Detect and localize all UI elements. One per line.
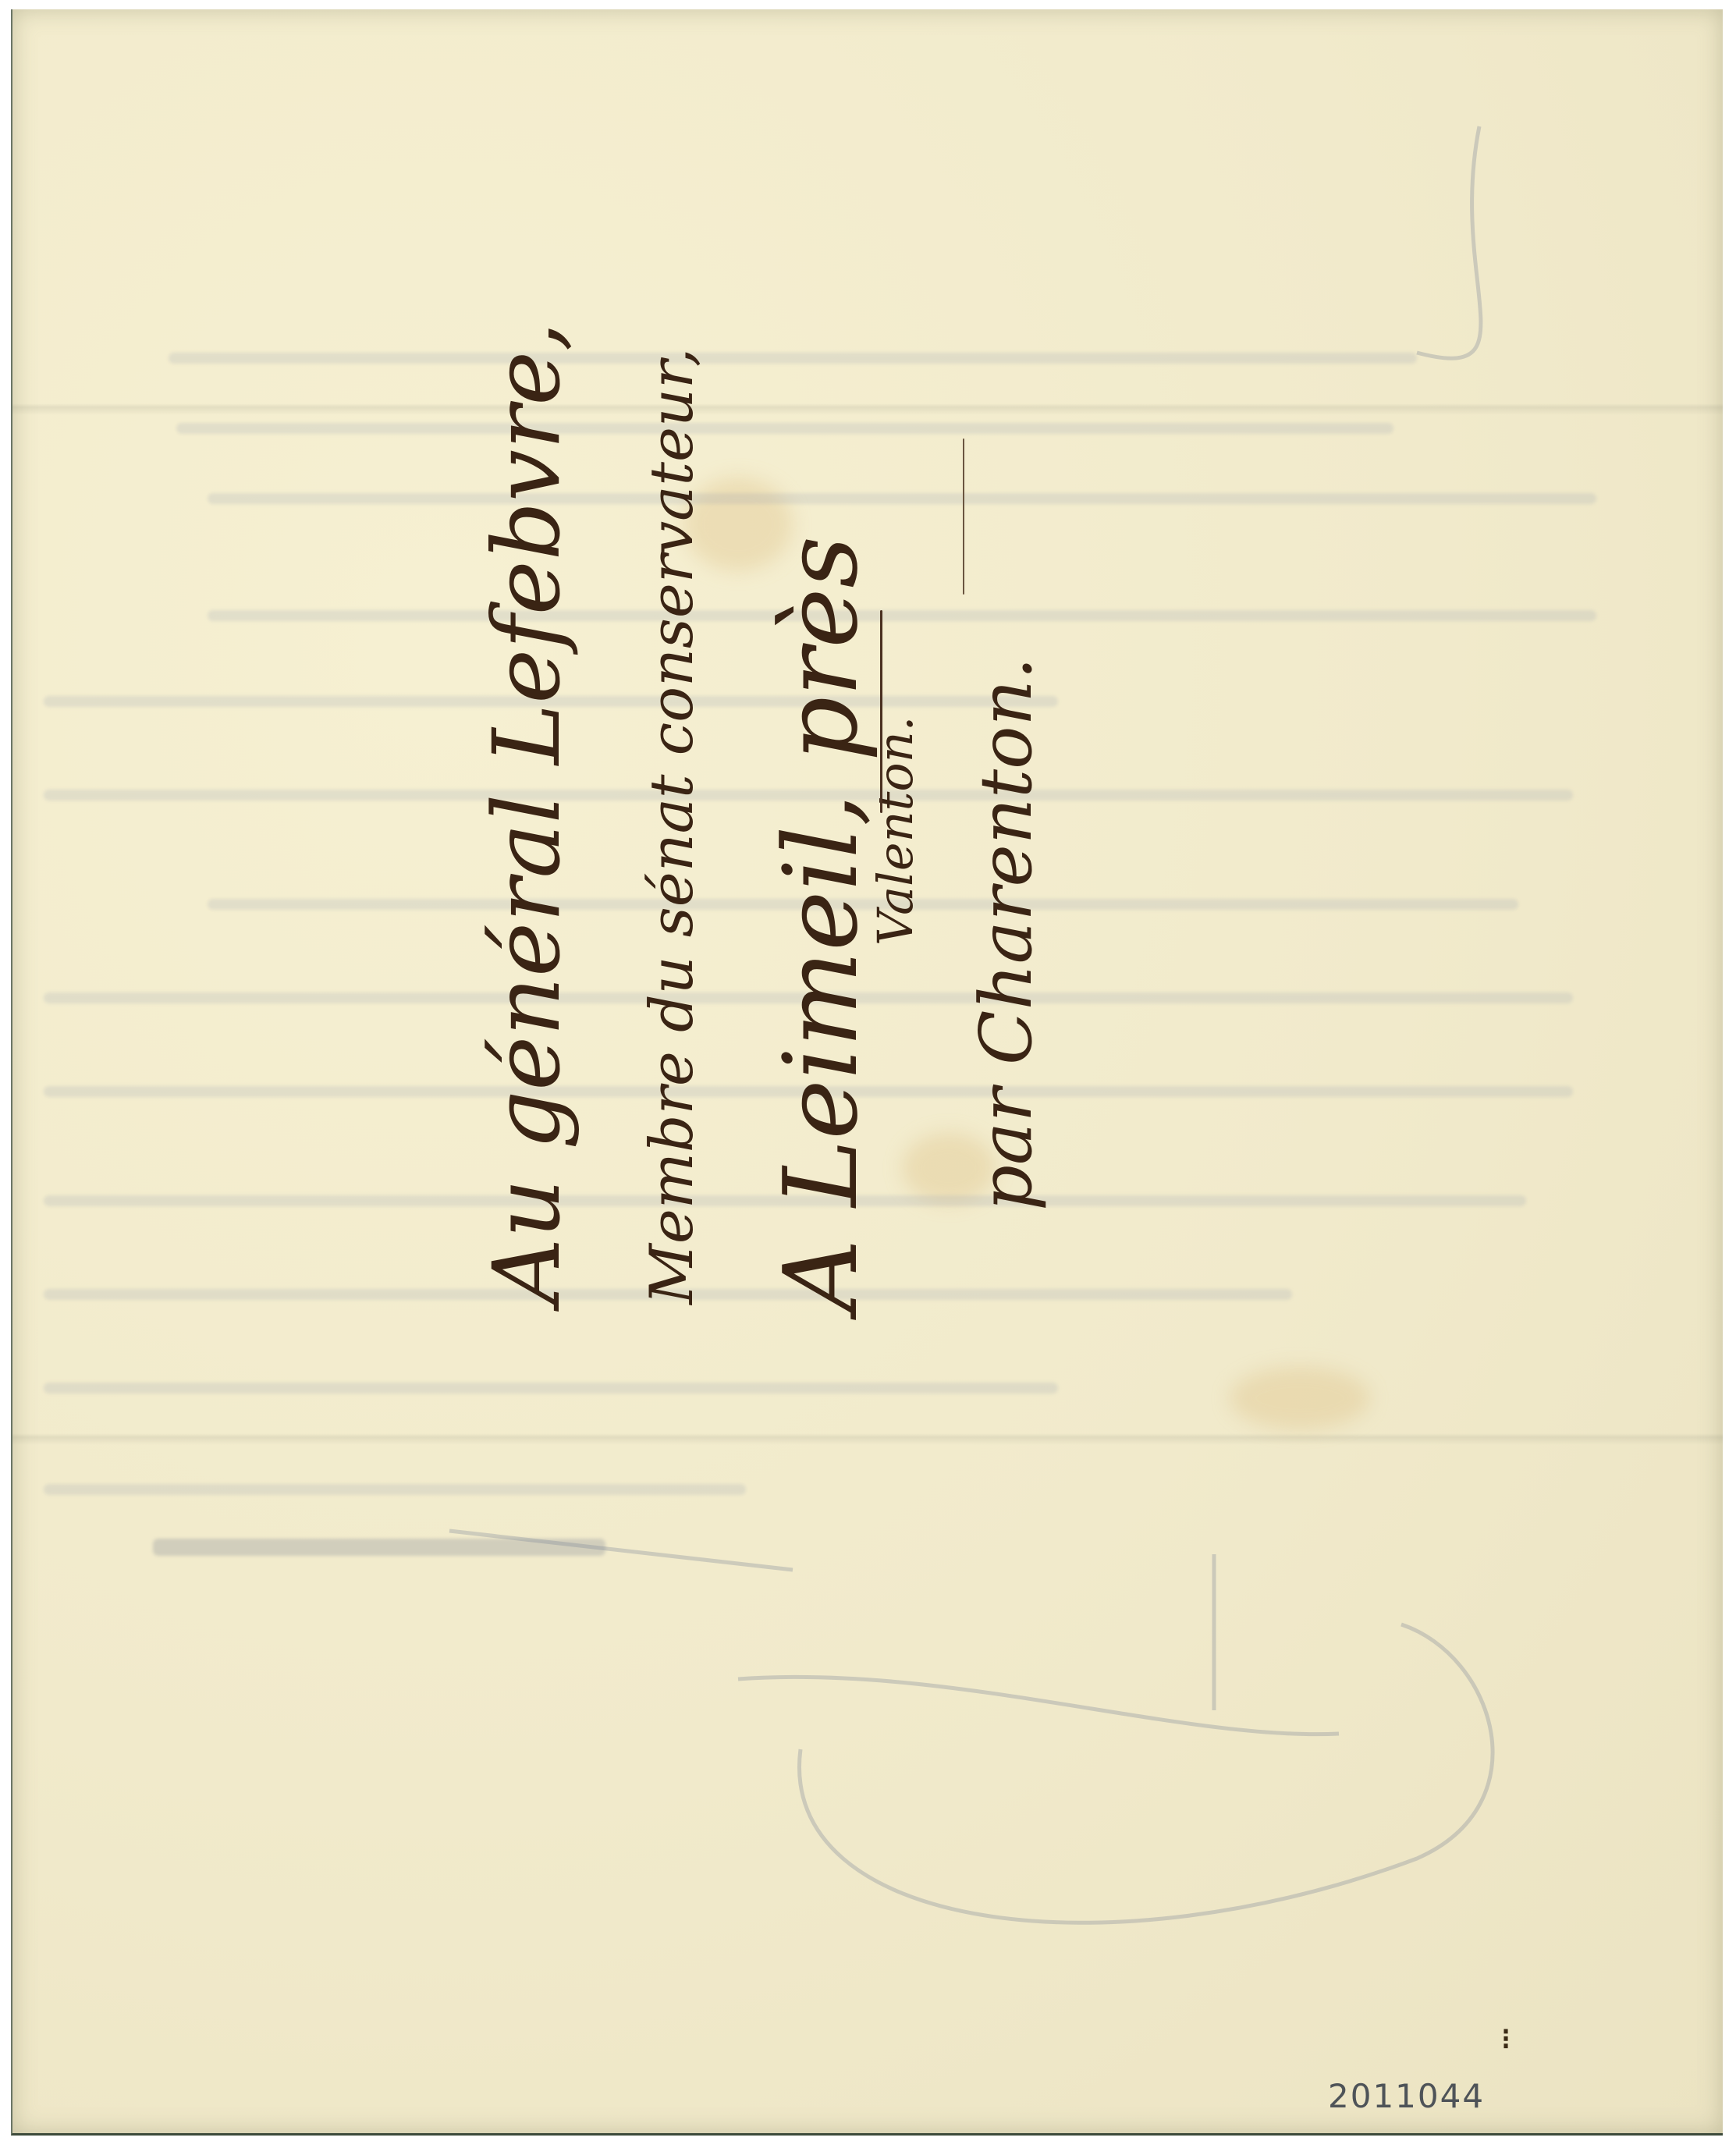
letter-sheet: Au général Lefebvre, Membre du sénat con… — [11, 9, 1723, 2136]
underline-stroke — [963, 438, 964, 595]
address-line-place: A Leimeil, près — [761, 536, 880, 1312]
address-line-valenton: Valenton. — [867, 716, 924, 946]
ink-marks: ⁝ — [1501, 2021, 1511, 2056]
address-line-route: par Charenton. — [964, 657, 1048, 1211]
address-line-addressee: Au général Lefebvre, — [473, 321, 580, 1305]
archive-number: 2011044 — [1328, 2077, 1485, 2115]
address-line-title: Membre du sénat conservateur, — [637, 348, 706, 1305]
underline-stroke — [880, 610, 882, 813]
